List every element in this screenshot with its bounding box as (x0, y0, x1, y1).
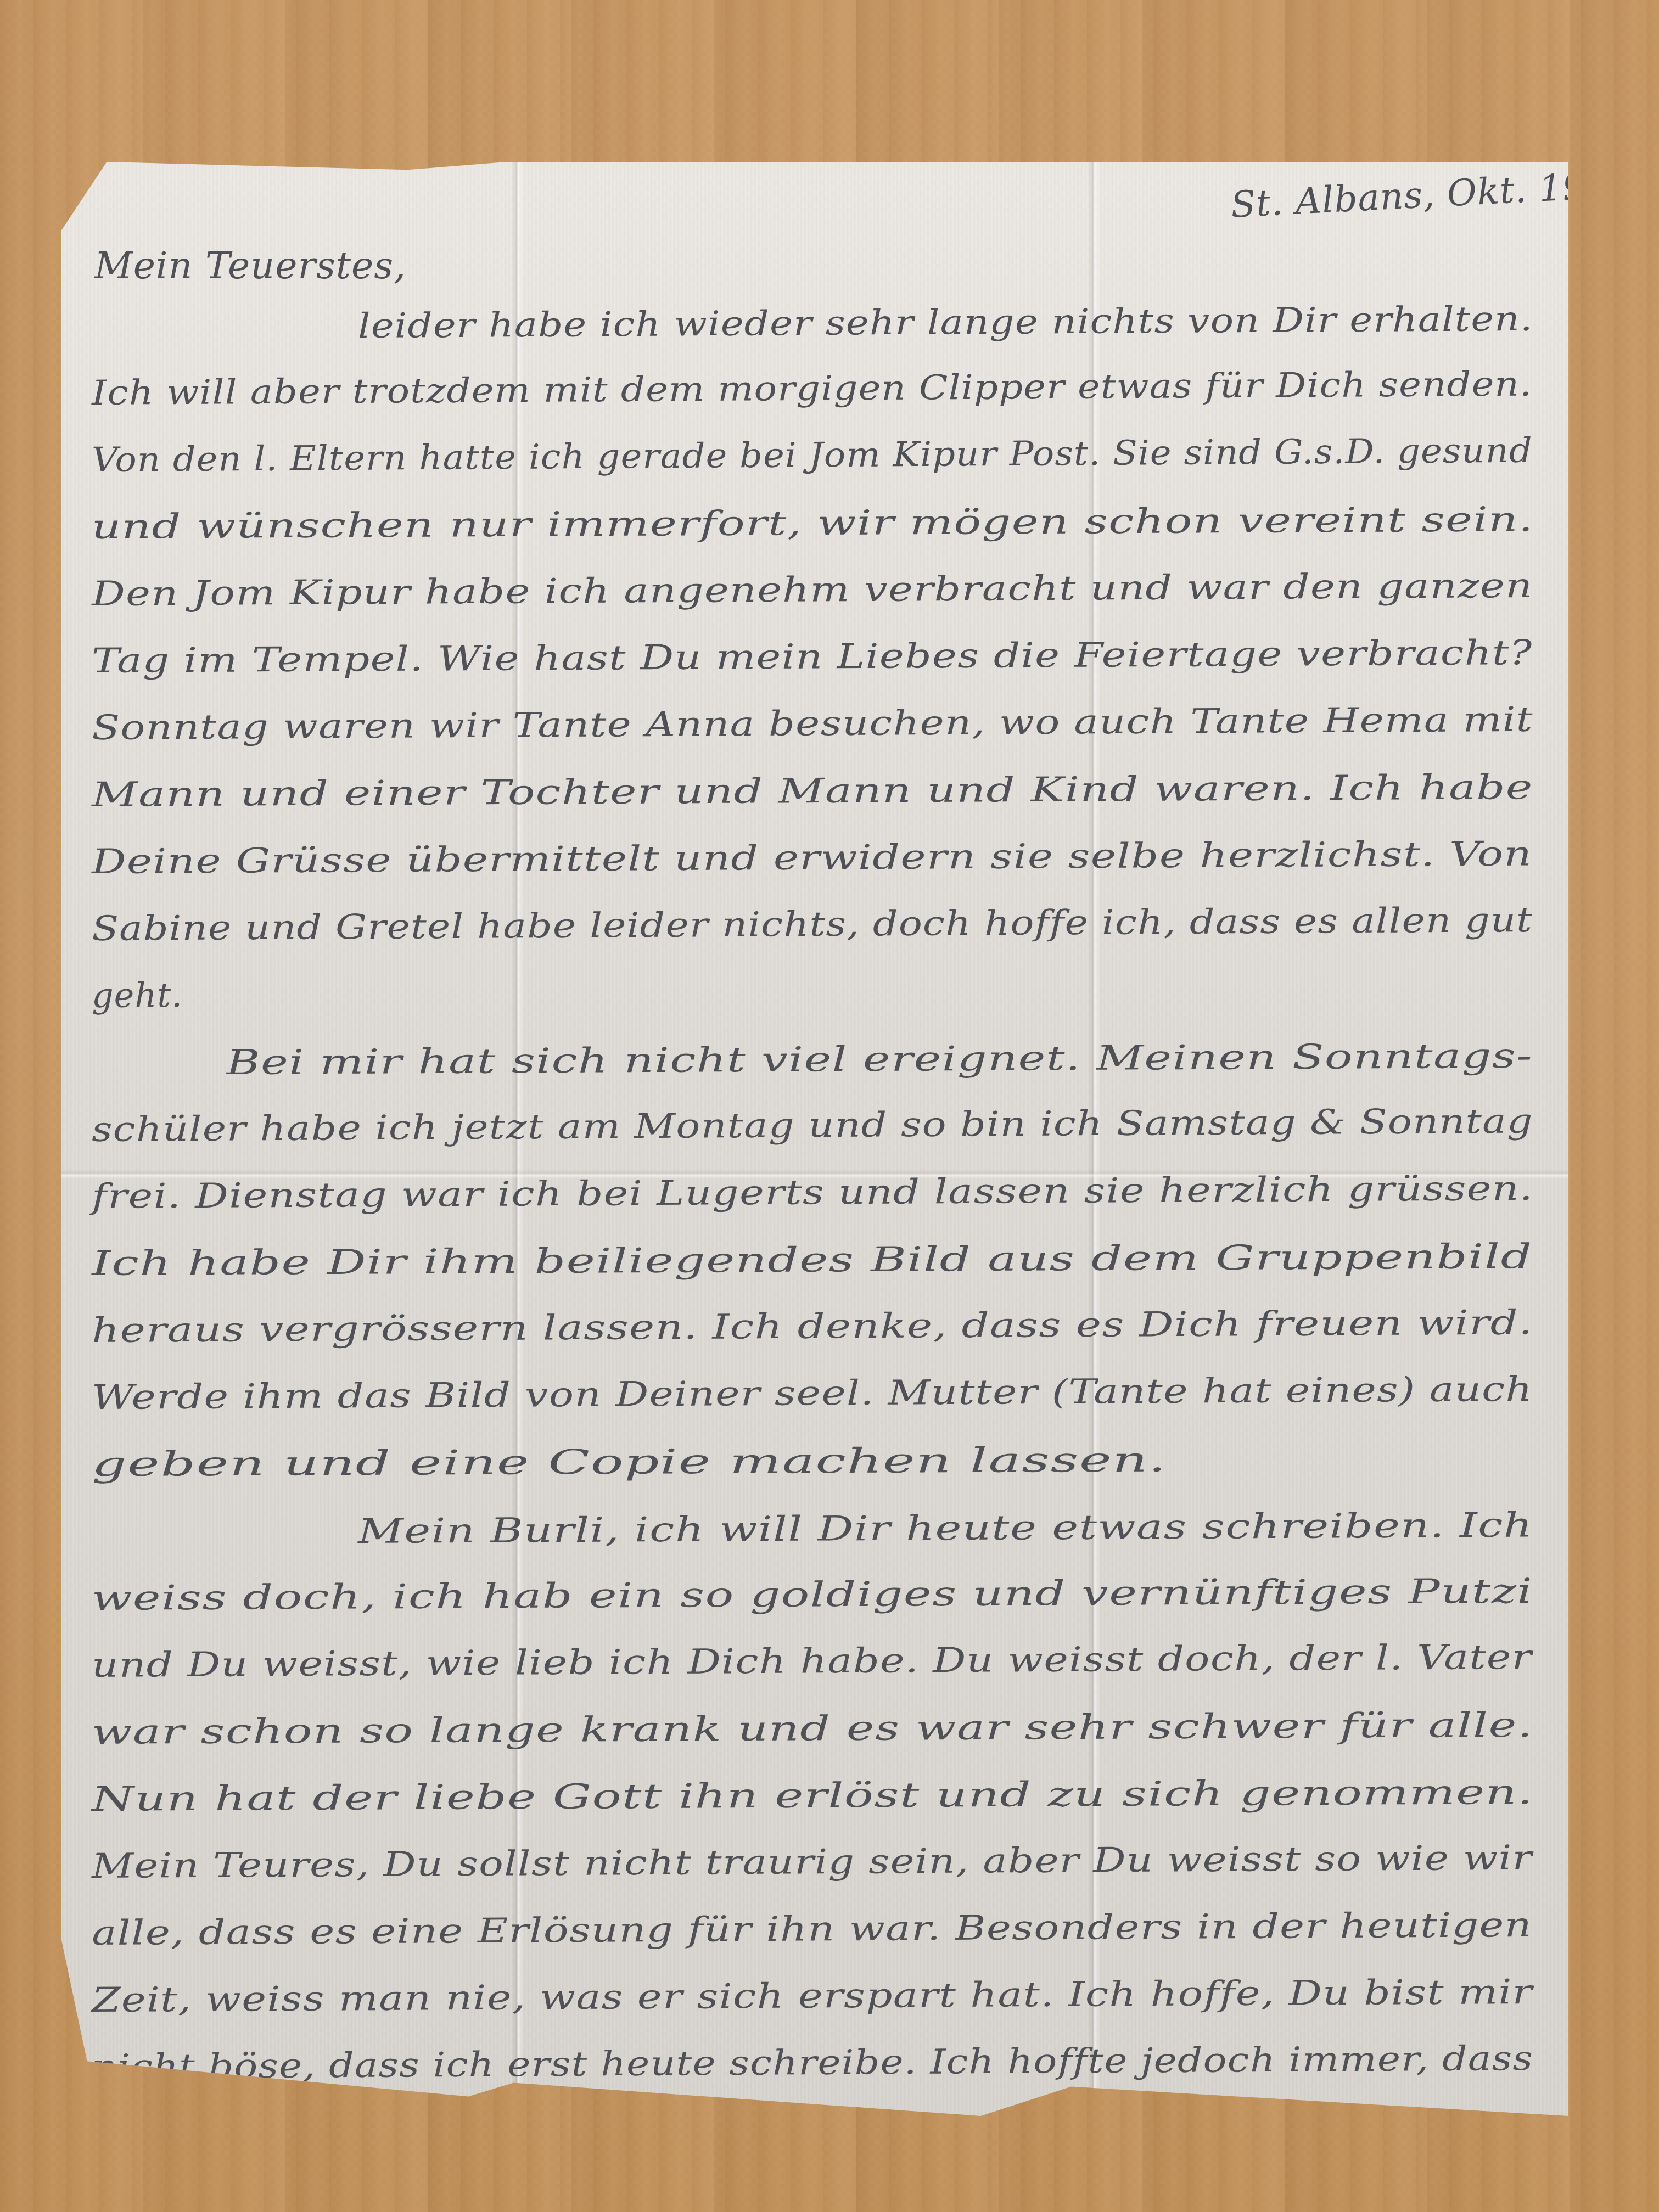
letter-line: Sabine und Gretel habe leider nichts, do… (92, 900, 1533, 948)
letter-line: geht. (92, 975, 183, 1015)
letter-line: schüler habe ich jetzt am Montag und so … (92, 1101, 1533, 1149)
letter-line: Sonntag waren wir Tante Anna besuchen, w… (92, 699, 1533, 748)
letter-line: leider habe ich wieder sehr lange nichts… (358, 299, 1533, 346)
letter-line: Zeit, weiss man nie, was er sich erspart… (92, 1972, 1533, 2020)
letter-paper: St. Albans, Okt. 19, 1940 Mein Teuerstes… (61, 162, 1568, 2116)
letter-line: heraus vergrössern lassen. Ich denke, da… (92, 1302, 1533, 1350)
letter-line: und Du weisst, wie lieb ich Dich habe. D… (92, 1637, 1532, 1685)
letter-line: Ich will aber trotzdem mit dem morgigen … (92, 363, 1532, 413)
letter-line: Mein Teures, Du sollst nicht traurig sei… (92, 1838, 1533, 1886)
letter-line: Von den l. Eltern hatte ich gerade bei J… (92, 430, 1533, 480)
letter-line: Tag im Tempel. Wie hast Du mein Liebes d… (92, 632, 1533, 681)
letter-line: Bei mir hat sich nicht viel ereignet. Me… (226, 1036, 1533, 1082)
letter-line: nicht böse, dass ich erst heute schreibe… (92, 2038, 1534, 2087)
letter-line: Ich habe Dir ihm beiliegendes Bild aus d… (92, 1236, 1533, 1283)
letter-line: alle, dass es eine Erlösung für ihn war.… (92, 1905, 1533, 1953)
letter-line: Nun hat der liebe Gott ihn erlöst und zu… (92, 1772, 1534, 1819)
salutation: Mein Teuerstes, (94, 244, 406, 288)
letter-line: und wünschen nur immerfort, wir mögen sc… (92, 499, 1534, 547)
letter-line: Mein Burli, ich will Dir heute etwas sch… (358, 1505, 1533, 1551)
letter-line: war schon so lange krank und es war sehr… (92, 1705, 1533, 1752)
letter-line: frei. Dienstag war ich bei Lugerts und l… (92, 1168, 1533, 1216)
letter-line: Den Jom Kipur habe ich angenehm verbrach… (92, 565, 1533, 614)
letter-line: geben und eine Copie machen lassen. (92, 1439, 1167, 1484)
place-date: St. Albans, Okt. 19, 1940 (1230, 159, 1659, 226)
letter-line: weiss doch, ich hab ein so goldiges und … (92, 1571, 1533, 1618)
letter-line: Werde ihm das Bild von Deiner seel. Mutt… (92, 1369, 1533, 1417)
letter-line: Deine Grüsse übermittelt und erwidern si… (92, 833, 1533, 882)
handwritten-text: St. Albans, Okt. 19, 1940 Mein Teuerstes… (61, 162, 1568, 2116)
letter-line: Mann und einer Tochter und Mann und Kind… (92, 767, 1533, 815)
